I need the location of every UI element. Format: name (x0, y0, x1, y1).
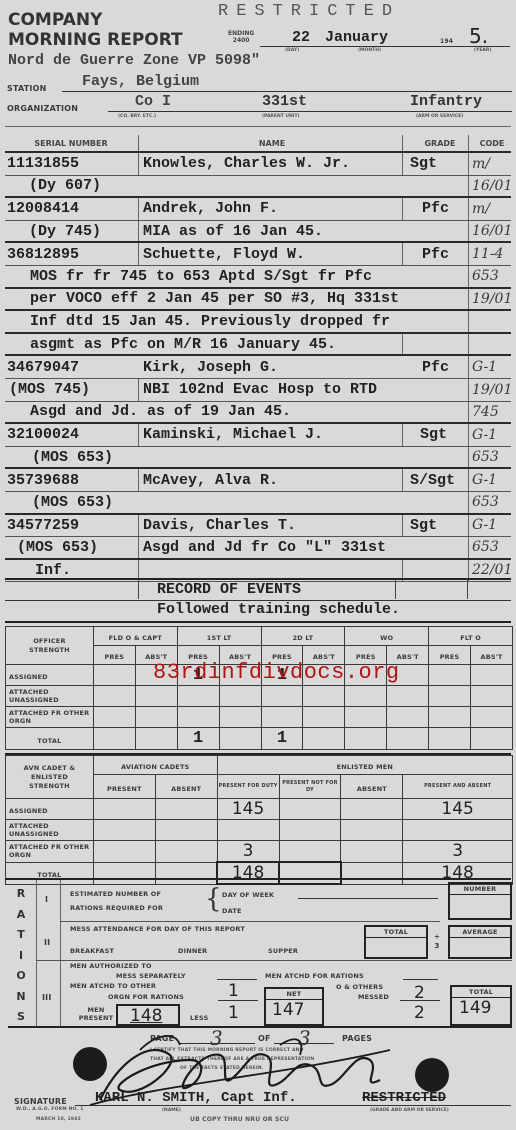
serial-note: (MOS 745) (7, 379, 135, 401)
rations-bottom-rule (8, 1026, 512, 1028)
mess-total-box: TOTAL (364, 925, 428, 959)
divide-by-three: ÷ 3 (432, 933, 442, 951)
restricted-stamp: RESTRICTED (218, 2, 400, 21)
ending-label: ENDING 2400 (228, 30, 254, 44)
grade-sublabel: (GRADE AND ARM OR SERVICE) (370, 1108, 449, 1113)
org-company: Co I (135, 93, 171, 110)
enlisted-strength-label: AVN CADET & ENLISTED STRENGTH (18, 764, 80, 791)
code: 19/01 (472, 379, 512, 401)
grade: Sgt (410, 153, 470, 175)
org-arm-sublabel: (ARM OR SERVICE) (416, 114, 463, 119)
grade: S/Sgt (410, 469, 470, 491)
serial-note: (MOS 653) (7, 492, 135, 513)
soldier-name: Davis, Charles T. (143, 515, 401, 537)
day-of-week-label: DAY OF WEEK (222, 891, 274, 899)
men-authorized-label-1: MEN AUTHORIZED TO (70, 962, 152, 970)
col-code: CODE (472, 135, 512, 151)
serial-number: 34577259 (7, 515, 135, 537)
remark: Asgd and Jd fr Co "L" 331st (143, 537, 401, 558)
men-atchd-other-label-2: ORGN FOR RATIONS (108, 993, 184, 1001)
men-present-value: 148 (130, 1006, 162, 1026)
code: 16/01 (472, 221, 512, 242)
men-atchd-other-value: 1 (228, 981, 239, 1001)
number-box: NUMBER (448, 882, 512, 920)
remark: MOS fr fr 745 to 653 Aptd S/Sgt fr Pfc (30, 266, 490, 287)
rations-required-label-1: ESTIMATED NUMBER OF (70, 890, 161, 898)
officer-strength-table: OFFICER STRENGTH FLD O & CAPT 1ST LT 2D … (5, 626, 513, 750)
grade: Sgt (410, 515, 470, 537)
less-label: LESS (190, 1014, 208, 1022)
table-row: per VOCO eff 2 Jan 45 per SO #3, Hq 331s… (5, 289, 511, 312)
soldier-name: Schuette, Floyd W. (143, 243, 401, 265)
soldier-name: Kirk, Joseph G. (143, 356, 401, 378)
net-box: NET 147 (264, 987, 324, 1026)
report-year: 5. (469, 24, 488, 48)
rations-total-box: TOTAL 149 (450, 985, 512, 1026)
plus-value: 2 (414, 1003, 425, 1023)
grade: Pfc (410, 198, 470, 220)
men-atchd-other-label-1: MEN ATCHD TO OTHER (70, 982, 156, 990)
group-1st-lt: 1ST LT (177, 627, 261, 646)
table-row: Inf dtd 15 Jan 45. Previously dropped fr (5, 311, 511, 334)
roster-header-row: SERIAL NUMBER NAME GRADE CODE (5, 135, 511, 153)
serial-note: (Dy 607) (7, 176, 135, 197)
table-row: (MOS 653) 653 (5, 492, 511, 515)
col-grade: GRADE (410, 135, 470, 151)
remark: MIA as of 16 Jan 45. (143, 221, 401, 242)
table-row: 36812895 Schuette, Floyd W. Pfc 11-4 (5, 243, 511, 266)
col-absent: ABSENT (171, 785, 201, 793)
soldier-name: Andrek, John F. (143, 198, 401, 220)
grade: Sgt (410, 424, 470, 446)
signer-name: KARL N. SMITH, Capt Inf. (95, 1090, 297, 1106)
record-of-events-title: RECORD OF EVENTS (157, 581, 301, 598)
day-sublabel: (DAY) (285, 48, 299, 53)
men-atchd-for-rations-label: MEN ATCHD FOR RATIONS (265, 972, 364, 980)
table-row: 34577259 Davis, Charles T. Sgt G-1 (5, 515, 511, 538)
enlisted-row-attached-other: ATTACHED FR OTHER ORGN 3 3 (6, 841, 513, 863)
table-row: 12008414 Andrek, John F. Pfc m/ (5, 198, 511, 221)
serial-number: 34679047 (7, 356, 135, 378)
table-row: asgmt as Pfc on M/R 16 January 45. (5, 334, 511, 357)
col-present-and-absent: PRESENT AND ABSENT (403, 783, 512, 790)
form-title-morning-report: MORNING REPORT (8, 30, 183, 50)
breakfast-label: BREAKFAST (70, 947, 114, 955)
serial-note: (MOS 653) (7, 447, 135, 468)
location-line: Nord de Guerre Zone VP 5098" (8, 52, 260, 69)
table-row: (MOS 745) NBI 102nd Evac Hosp to RTD 19/… (5, 379, 511, 402)
table-row: 35739688 McAvey, Alva R. S/Sgt G-1 (5, 469, 511, 492)
supper-label: SUPPER (268, 947, 298, 955)
report-month: January (325, 29, 388, 46)
serial-number: 36812895 (7, 243, 135, 265)
website-watermark: 83rdinfdivdocs.org (153, 660, 400, 685)
org-underline (108, 111, 512, 112)
record-of-events-text: Followed training schedule. (157, 601, 400, 618)
col-pres: PRES (93, 646, 135, 665)
group-flt-o: FLT O (429, 627, 513, 646)
table-row: (MOS 653) 653 (5, 447, 511, 470)
net-value: 147 (266, 1000, 322, 1020)
rations-top-rule (5, 878, 511, 880)
code: m/ (472, 153, 512, 175)
group-enlisted-men: ENLISTED MEN (337, 763, 393, 771)
grade: Pfc (410, 243, 470, 265)
serial-number: 12008414 (7, 198, 135, 220)
soldier-name: Knowles, Charles W. Jr. (143, 153, 401, 175)
group-2d-lt: 2D LT (261, 627, 345, 646)
station-underline (62, 91, 512, 92)
remark: Inf dtd 15 Jan 45. Previously dropped fr (30, 311, 490, 332)
section-ii-number: II (44, 938, 50, 947)
col-present: PRESENT (107, 785, 142, 793)
table-row: 34679047 Kirk, Joseph G. Pfc G-1 (5, 356, 511, 379)
code: G-1 (472, 515, 512, 537)
col-pres: PRES (429, 646, 471, 665)
brace-icon: { (205, 884, 222, 914)
code: 16/01 (472, 176, 512, 197)
officer-row-attached-other: ATTACHED FR OTHER ORGN (6, 707, 513, 728)
section-iii-number: III (42, 993, 52, 1002)
men-present-label: MEN PRESENT (78, 1006, 114, 1022)
table-row: (Dy 607) 16/01 (5, 176, 511, 199)
form-date: MARCH 10, 1943 (36, 1117, 81, 1122)
men-authorized-label-2: MESS SEPARATELY (116, 972, 186, 980)
events-top-rule (5, 578, 511, 580)
restricted-stamp-footer: RESTRICTED (362, 1090, 446, 1106)
average-box: AVERAGE (448, 925, 512, 959)
form-number: W.D., A.G.O. FORM NO. 1 (16, 1107, 84, 1112)
report-day: 22 (292, 29, 310, 46)
serial-number: 35739688 (7, 469, 135, 491)
org-company-sublabel: (CO. BRY. ETC.) (118, 114, 156, 119)
date-underline (260, 46, 510, 47)
day-of-week-line (298, 898, 438, 899)
table-row: 11131855 Knowles, Charles W. Jr. Sgt m/ (5, 153, 511, 176)
code: 745 (472, 402, 512, 423)
col-present-not-for-duty: PRESENT NOT FOR DY (280, 780, 341, 794)
remark: asgmt as Pfc on M/R 16 January 45. (30, 334, 490, 355)
year-sublabel: (YEAR) (474, 48, 491, 53)
soldier-name: McAvey, Alva R. (143, 469, 401, 491)
year-prefix: 194 (440, 38, 453, 45)
remark: Asgd and Jd. as of 19 Jan 45. (30, 402, 490, 423)
station-label: STATION (7, 84, 47, 93)
header-rule (5, 126, 511, 127)
officer-strength-label: OFFICER STRENGTH (6, 627, 94, 665)
col-present-for-duty: PRESENT FOR DUTY (218, 783, 279, 790)
enlisted-strength-table: AVN CADET & ENLISTED STRENGTH AVIATION C… (5, 755, 513, 885)
code: 653 (472, 447, 512, 468)
col-serial-number: SERIAL NUMBER (7, 135, 135, 151)
officer-row-attached-unassigned: ATTACHED UNASSIGNED (6, 686, 513, 707)
mess-attendance-label: MESS ATTENDANCE FOR DAY OF THIS REPORT (70, 925, 245, 933)
code: 19/01 (472, 289, 512, 310)
rations-total-value: 149 (452, 998, 510, 1018)
code: 653 (472, 537, 512, 558)
serial-note: (Dy 745) (7, 221, 135, 242)
serial-number: 32100024 (7, 424, 135, 446)
code: G-1 (472, 356, 512, 378)
code: G-1 (472, 424, 512, 446)
table-row: (MOS 653) Asgd and Jd fr Co "L" 331st 65… (5, 537, 511, 560)
events-bottom-rule (5, 621, 511, 623)
grade: Pfc (410, 356, 470, 378)
org-parent-unit: 331st (262, 93, 307, 110)
group-fld-o-capt: FLD O & CAPT (93, 627, 177, 646)
table-row: (Dy 745) MIA as of 16 Jan 45. 16/01 (5, 221, 511, 244)
col-em-absent: ABSENT (357, 785, 387, 793)
roster-table: SERIAL NUMBER NAME GRADE CODE 11131855 K… (5, 135, 511, 582)
rations-side-label: RAT ION S (14, 884, 28, 1028)
dinner-label: DINNER (178, 947, 207, 955)
morning-report-document: RESTRICTED COMPANY MORNING REPORT ENDING… (0, 0, 516, 1130)
officer-row-total: TOTAL 1 1 (6, 728, 513, 750)
form-title-company: COMPANY (8, 10, 102, 30)
group-wo: WO (345, 627, 429, 646)
org-arm: Infantry (410, 93, 482, 110)
code: 11-4 (472, 243, 512, 265)
code: 653 (472, 492, 512, 513)
date-label: DATE (222, 907, 242, 915)
code: m/ (472, 198, 512, 220)
table-row: 32100024 Kaminski, Michael J. Sgt G-1 (5, 424, 511, 447)
enlisted-row-total: TOTAL 148 148 (6, 862, 513, 884)
serial-note: (MOS 653) (7, 537, 135, 558)
table-row: MOS fr fr 745 to 653 Aptd S/Sgt fr Pfc 6… (5, 266, 511, 289)
remark: per VOCO eff 2 Jan 45 per SO #3, Hq 331s… (30, 289, 490, 310)
table-row: Asgd and Jd. as of 19 Jan 45. 745 (5, 402, 511, 425)
station-value: Fays, Belgium (82, 73, 199, 90)
binder-hole-right (415, 1058, 449, 1092)
col-abst: ABS'T (471, 646, 513, 665)
others-messed-label-1: O & OTHERS (336, 983, 383, 991)
men-present-box: 148 (116, 1004, 180, 1026)
serial-number: 11131855 (7, 153, 135, 175)
enlisted-row-assigned: ASSIGNED 145 145 (6, 799, 513, 820)
remark: NBI 102nd Evac Hosp to RTD (143, 379, 401, 401)
month-sublabel: (MONTH) (358, 48, 381, 53)
others-messed-label-2: MESSED (358, 993, 389, 1001)
soldier-name: Kaminski, Michael J. (143, 424, 401, 446)
name-sublabel: (NAME) (162, 1108, 181, 1113)
organization-label: ORGANIZATION (7, 104, 78, 113)
signature-label: SIGNATURE (14, 1097, 67, 1106)
less-value: 1 (228, 1003, 239, 1023)
enlisted-row-attached-unassigned: ATTACHED UNASSIGNED (6, 820, 513, 841)
col-name: NAME (143, 135, 401, 151)
section-i-number: I (45, 895, 48, 904)
code: 653 (472, 266, 512, 287)
group-aviation-cadets: AVIATION CADETS (121, 763, 189, 771)
org-parent-sublabel: (PARENT UNIT) (262, 114, 300, 119)
copy-note: UB COPY THRU NRU OR SCU (190, 1116, 289, 1123)
rations-required-label-2: RATIONS REQUIRED FOR (70, 904, 163, 912)
code: G-1 (472, 469, 512, 491)
